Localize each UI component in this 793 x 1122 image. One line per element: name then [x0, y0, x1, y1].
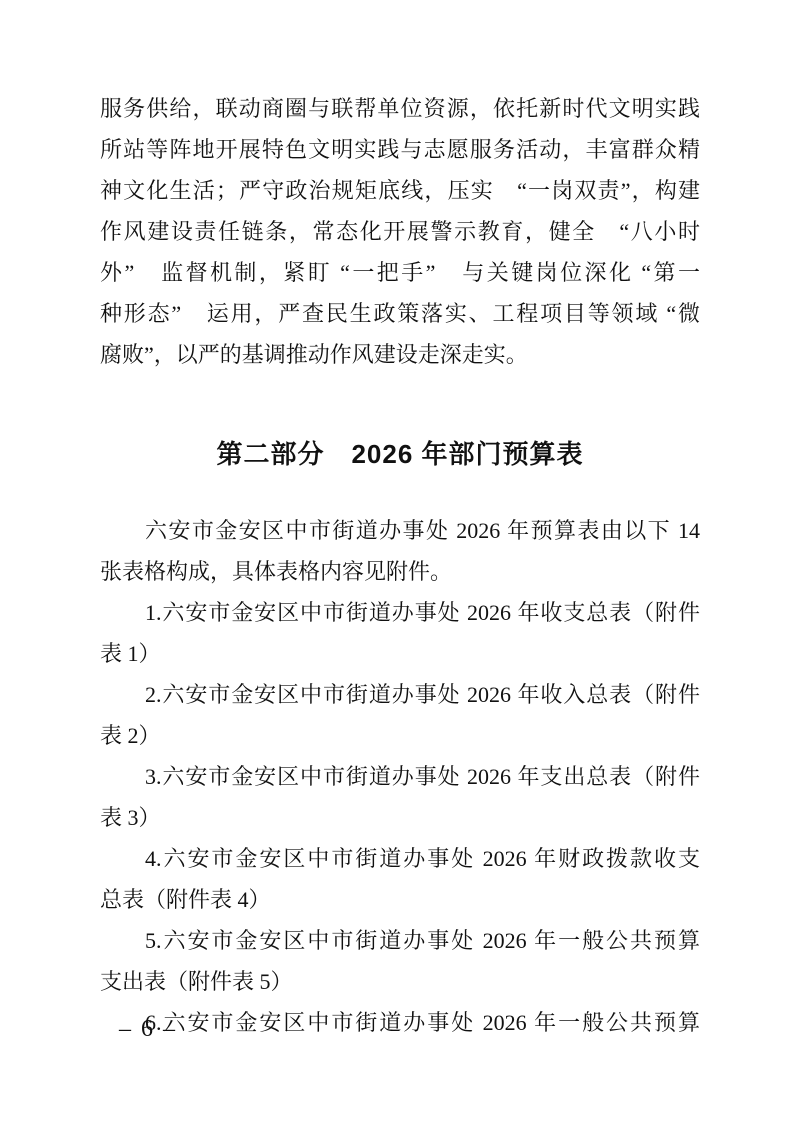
budget-table-list: 1.六安市金安区中市街道办事处 2026 年收支总表（附件 表 1） 2.六安市… [100, 592, 700, 1043]
closing-paragraph: 服务供给，联动商圈与联帮单位资源，依托新时代文明实践 所站等阵地开展特色文明实践… [100, 88, 700, 375]
list-item-line: 1.六安市金安区中市街道办事处 2026 年收支总表（附件 [100, 592, 700, 633]
paragraph-line: 六安市金安区中市街道办事处 2026 年预算表由以下 14 [100, 510, 700, 551]
list-item: 5.六安市金安区中市街道办事处 2026 年一般公共预算 支出表（附件表 5） [100, 920, 700, 1002]
list-item-line: 6.六安市金安区中市街道办事处 2026 年一般公共预算 [100, 1002, 700, 1043]
list-item: 3.六安市金安区中市街道办事处 2026 年支出总表（附件 表 3） [100, 756, 700, 838]
document-content: 服务供给，联动商圈与联帮单位资源，依托新时代文明实践 所站等阵地开展特色文明实践… [100, 88, 700, 1043]
paragraph-line: 种形态” 运用，严查民生政策落实、工程项目等领域 “微 [100, 293, 700, 334]
paragraph-line: 神文化生活；严守政治规矩底线，压实 “一岗双责”，构建 [100, 170, 700, 211]
list-item: 1.六安市金安区中市街道办事处 2026 年收支总表（附件 表 1） [100, 592, 700, 674]
list-item-line: 表 3） [100, 797, 700, 838]
list-item-line: 总表（附件表 4） [100, 879, 700, 920]
section-heading: 第二部分 2026 年部门预算表 [100, 434, 700, 475]
list-item: 2.六安市金安区中市街道办事处 2026 年收入总表（附件 表 2） [100, 674, 700, 756]
document-page: 服务供给，联动商圈与联帮单位资源，依托新时代文明实践 所站等阵地开展特色文明实践… [0, 0, 793, 1122]
intro-paragraph: 六安市金安区中市街道办事处 2026 年预算表由以下 14 张表格构成，具体表格… [100, 510, 700, 592]
paragraph-line: 作风建设责任链条，常态化开展警示教育，健全 “八小时 [100, 211, 700, 252]
list-item-line: 2.六安市金安区中市街道办事处 2026 年收入总表（附件 [100, 674, 700, 715]
paragraph-line: 腐败”，以严的基调推动作风建设走深走实。 [100, 334, 700, 375]
list-item: 6.六安市金安区中市街道办事处 2026 年一般公共预算 [100, 1002, 700, 1043]
list-item-line: 表 1） [100, 633, 700, 674]
list-item-line: 3.六安市金安区中市街道办事处 2026 年支出总表（附件 [100, 756, 700, 797]
list-item-line: 5.六安市金安区中市街道办事处 2026 年一般公共预算 [100, 920, 700, 961]
page-number: – 6 – [119, 1014, 177, 1044]
paragraph-line: 外” 监督机制，紧盯 “一把手” 与关键岗位深化 “第一 [100, 252, 700, 293]
list-item-line: 支出表（附件表 5） [100, 961, 700, 1002]
list-item-line: 表 2） [100, 715, 700, 756]
paragraph-line: 服务供给，联动商圈与联帮单位资源，依托新时代文明实践 [100, 88, 700, 129]
list-item: 4.六安市金安区中市街道办事处 2026 年财政拨款收支 总表（附件表 4） [100, 838, 700, 920]
paragraph-line: 所站等阵地开展特色文明实践与志愿服务活动，丰富群众精 [100, 129, 700, 170]
list-item-line: 4.六安市金安区中市街道办事处 2026 年财政拨款收支 [100, 838, 700, 879]
paragraph-line: 张表格构成，具体表格内容见附件。 [100, 551, 700, 592]
